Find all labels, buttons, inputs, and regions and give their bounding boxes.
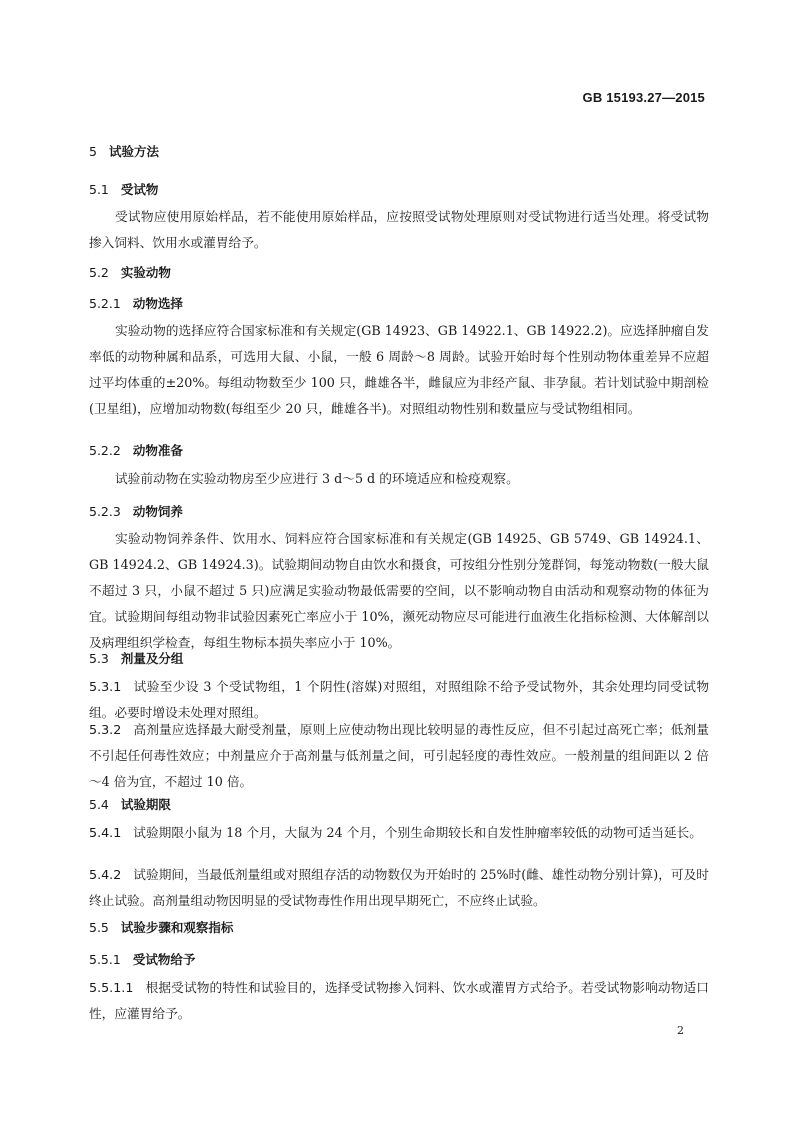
section-title: 动物选择 — [133, 296, 183, 311]
section-heading-5-4: 5.4试验期限 — [89, 795, 171, 813]
clause-5-4-1: 5.4.1试验期限小鼠为 18 个月，大鼠为 24 个月，个别生命期较长和自发性… — [89, 820, 709, 846]
section-heading-5-5: 5.5试验步骤和观察指标 — [89, 918, 233, 936]
section-number: 5.2.1 — [89, 296, 121, 311]
section-heading-5-2: 5.2实验动物 — [89, 263, 171, 281]
section-heading-5-1: 5.1受试物 — [89, 180, 158, 198]
section-title: 动物饲养 — [133, 504, 183, 519]
section-number: 5.1 — [89, 182, 109, 197]
clause-text: 试验至少设 3 个受试物组，1 个阴性(溶媒)对照组，对照组除不给予受试物外，其… — [89, 679, 709, 720]
clause-number: 5.3.1 — [89, 674, 121, 700]
section-title: 试验期限 — [121, 797, 171, 812]
section-number: 5.2.2 — [89, 443, 121, 458]
paragraph-5-2-2: 试验前动物在实验动物房至少应进行 3 d～5 d 的环境适应和检疫观察。 — [89, 466, 709, 492]
section-title: 试验方法 — [109, 144, 159, 159]
section-number: 5.2.3 — [89, 504, 121, 519]
clause-number: 5.3.2 — [89, 717, 121, 743]
section-heading-5-3: 5.3剂量及分组 — [89, 649, 183, 667]
standard-id-header: GB 15193.27—2015 — [583, 90, 705, 105]
clause-number: 5.5.1.1 — [89, 975, 133, 1001]
section-title: 剂量及分组 — [121, 651, 184, 666]
section-heading-5-2-1: 5.2.1动物选择 — [89, 294, 183, 312]
paragraph-5-2-1: 实验动物的选择应符合国家标准和有关规定(GB 14923、GB 14922.1、… — [89, 318, 709, 422]
section-number: 5.5.1 — [89, 952, 121, 967]
clause-number: 5.4.2 — [89, 862, 121, 888]
section-heading-5-2-3: 5.2.3动物饲养 — [89, 502, 183, 520]
clause-text: 根据受试物的特性和试验目的，选择受试物掺入饲料、饮水或灌胃方式给予。若受试物影响… — [89, 980, 709, 1021]
paragraph-5-1: 受试物应使用原始样品，若不能使用原始样品，应按照受试物处理原则对受试物进行适当处… — [89, 204, 709, 256]
section-title: 动物准备 — [133, 443, 183, 458]
clause-5-3-2: 5.3.2高剂量应选择最大耐受剂量，原则上应使动物出现比较明显的毒性反应，但不引… — [89, 717, 709, 795]
clause-number: 5.4.1 — [89, 820, 121, 846]
clause-text: 高剂量应选择最大耐受剂量，原则上应使动物出现比较明显的毒性反应，但不引起过高死亡… — [89, 722, 709, 789]
section-title: 实验动物 — [121, 265, 171, 280]
section-title: 试验步骤和观察指标 — [121, 920, 234, 935]
section-number: 5.5 — [89, 920, 109, 935]
paragraph-5-2-3: 实验动物饲养条件、饮用水、饲料应符合国家标准和有关规定(GB 14925、GB … — [89, 526, 709, 656]
section-title: 受试物 — [121, 182, 159, 197]
clause-text: 试验期限小鼠为 18 个月，大鼠为 24 个月，个别生命期较长和自发性肿瘤率较低… — [133, 825, 702, 840]
clause-text: 试验期间，当最低剂量组或对照组存活的动物数仅为开始时的 25%时(雌、雄性动物分… — [89, 867, 709, 908]
section-number: 5.4 — [89, 797, 109, 812]
section-number: 5.2 — [89, 265, 109, 280]
section-number: 5.3 — [89, 651, 109, 666]
section-heading-5: 5试验方法 — [89, 142, 159, 160]
page-number: 2 — [677, 1024, 684, 1037]
section-number: 5 — [89, 144, 97, 159]
clause-5-4-2: 5.4.2试验期间，当最低剂量组或对照组存活的动物数仅为开始时的 25%时(雌、… — [89, 862, 709, 914]
section-title: 受试物给予 — [133, 952, 196, 967]
section-heading-5-2-2: 5.2.2动物准备 — [89, 441, 183, 459]
clause-5-5-1-1: 5.5.1.1根据受试物的特性和试验目的，选择受试物掺入饲料、饮水或灌胃方式给予… — [89, 975, 709, 1027]
section-heading-5-5-1: 5.5.1受试物给予 — [89, 950, 195, 968]
